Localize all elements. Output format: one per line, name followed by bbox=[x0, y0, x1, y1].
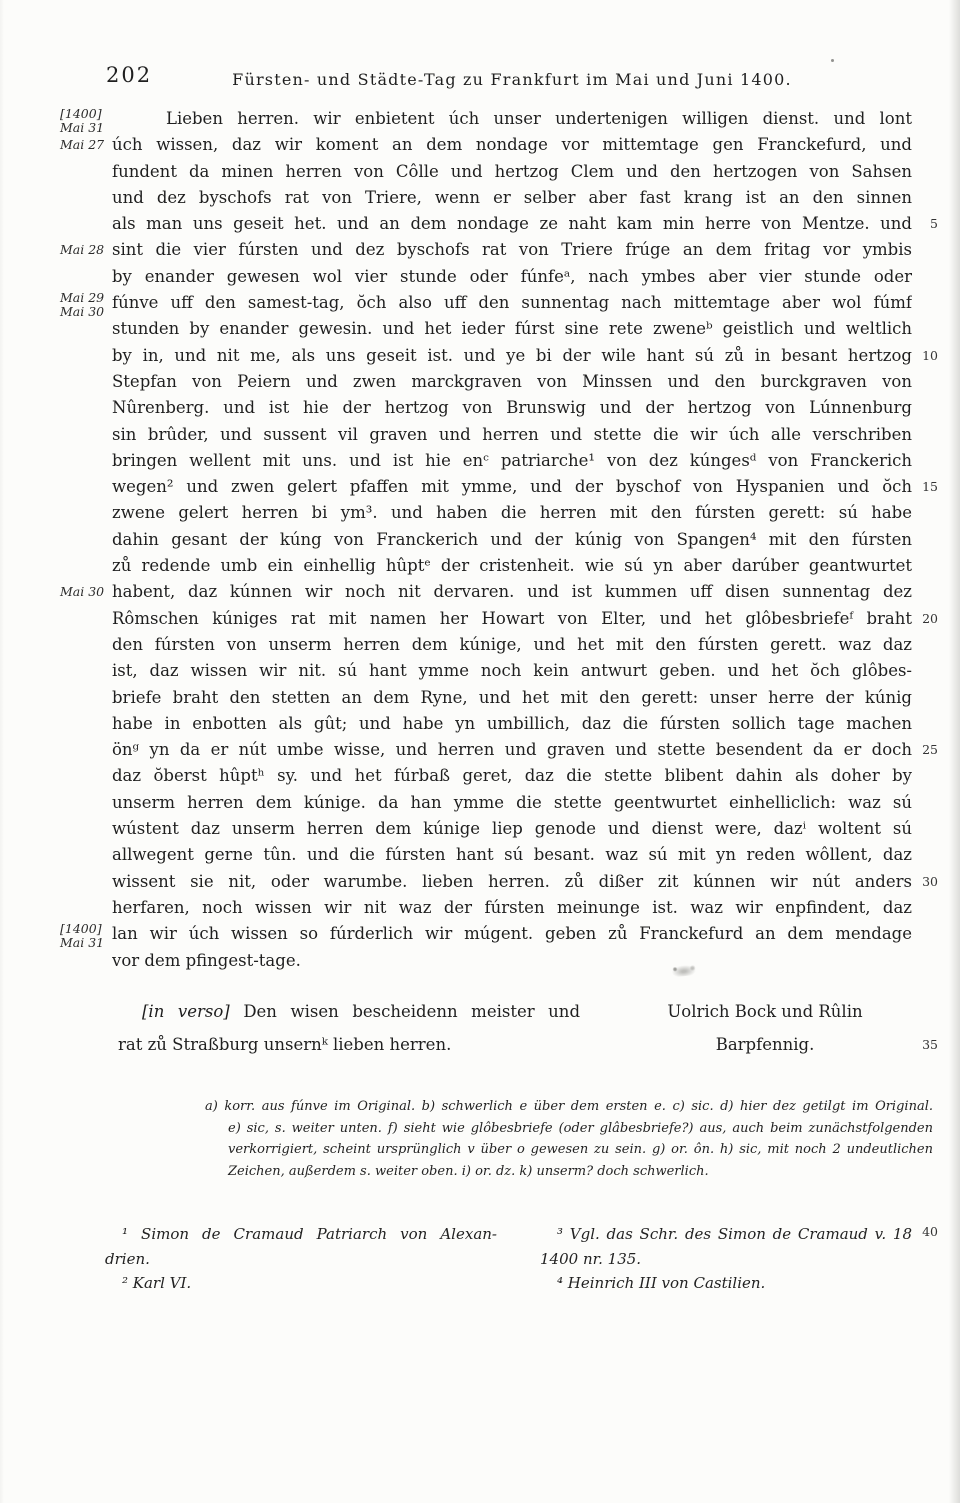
text-line: ist, daz wissen wir nit. sú hant ymme no… bbox=[0, 658, 960, 684]
line-text: lan wir úch wissen so fúrderlich wir múg… bbox=[112, 921, 912, 947]
margin-date-note: Mai 29 Mai 30 bbox=[60, 291, 104, 318]
text-line: önᵍ yn da er nút umbe wisse, und herren … bbox=[0, 737, 960, 763]
line-text: bringen wellent mit uns. und ist hie enᶜ… bbox=[112, 448, 912, 474]
text-line: bringen wellent mit uns. und ist hie enᶜ… bbox=[0, 448, 960, 474]
line-text: Lieben herren. wir enbietent úch unser u… bbox=[112, 106, 912, 132]
margin-date-note: [1400] Mai 31 bbox=[60, 107, 104, 134]
line-number: 15 bbox=[922, 474, 938, 500]
footnote-line: drien. bbox=[105, 1247, 497, 1272]
line-text: wegen² und zwen gelert pfaffen mit ymme,… bbox=[112, 474, 912, 500]
text-line: [1400] Mai 31Lieben herren. wir enbieten… bbox=[0, 106, 960, 132]
line-text: sin brûder, und sussent vil graven und h… bbox=[112, 422, 912, 448]
text-line: Rômschen kúniges rat mit namen her Howar… bbox=[0, 606, 960, 632]
footnote-line: ¹ Simon de Cramaud Patriarch von Alexan- bbox=[105, 1222, 497, 1247]
signer-line-1: Uolrich Bock und Rûlin bbox=[652, 995, 878, 1028]
text-line: habe in enbotten als gût; und habe yn um… bbox=[0, 711, 960, 737]
apparatus-line: Zeichen, außerdem s. weiter oben. i) or.… bbox=[205, 1161, 933, 1183]
line-text: vor dem pfingest-tage. bbox=[112, 948, 912, 974]
verso-signers: Uolrich Bock und Rûlin Barpfennig. bbox=[652, 995, 878, 1061]
text-line: zwene gelert herren bi ym³. und haben di… bbox=[0, 500, 960, 526]
line-number: 20 bbox=[922, 606, 938, 632]
line-text: wissent sie nit, oder warumbe. lieben he… bbox=[112, 869, 912, 895]
text-line: als man uns geseit het. und an dem nonda… bbox=[0, 211, 960, 237]
line-text: Stepfan von Peiern und zwen marckgraven … bbox=[112, 369, 912, 395]
line-text: stunden by enander gewesin. und het iede… bbox=[112, 316, 912, 342]
critical-apparatus: a) korr. aus fúnve im Original. b) schwe… bbox=[205, 1096, 933, 1183]
apparatus-line: a) korr. aus fúnve im Original. b) schwe… bbox=[205, 1096, 933, 1118]
text-line: vor dem pfingest-tage. bbox=[0, 948, 960, 974]
text-line: und dez byschofs rat von Triere, wenn er… bbox=[0, 185, 960, 211]
line-text: und dez byschofs rat von Triere, wenn er… bbox=[112, 185, 912, 211]
line-number: 30 bbox=[922, 869, 938, 895]
verso-line-2: rat zů Straßburg unsernᵏ lieben herren. bbox=[118, 1028, 580, 1061]
text-line: [1400] Mai 31lan wir úch wissen so fúrde… bbox=[0, 921, 960, 947]
apparatus-line: verkorrigiert, scheint ursprünglich v üb… bbox=[205, 1139, 933, 1161]
text-line: allwegent gerne tûn. und die fúrsten han… bbox=[0, 842, 960, 868]
text-line: unserm herren dem kúnige. da han ymme di… bbox=[0, 790, 960, 816]
text-line: by in, und nit me, als uns geseit ist. u… bbox=[0, 343, 960, 369]
line-number: 35 bbox=[922, 1028, 938, 1061]
line-text: unserm herren dem kúnige. da han ymme di… bbox=[112, 790, 912, 816]
line-text: sint die vier fúrsten und dez byschofs r… bbox=[112, 237, 912, 263]
text-line: Nûrenberg. und ist hie der hertzog von B… bbox=[0, 395, 960, 421]
text-line: Mai 29 Mai 30fúnve uff den samest-tag, ŏ… bbox=[0, 290, 960, 316]
line-text: habent, daz kúnnen wir noch nit dervaren… bbox=[112, 579, 912, 605]
line-text: úch wissen, daz wir koment an dem nondag… bbox=[112, 132, 912, 158]
scan-speck bbox=[831, 59, 834, 62]
line-text: dahin gesant der kúng von Franckerich un… bbox=[112, 527, 912, 553]
line-number: 25 bbox=[922, 737, 938, 763]
text-line: den fúrsten von unserm herren dem kúnige… bbox=[0, 632, 960, 658]
text-line: fundent da minen herren von Côlle und he… bbox=[0, 159, 960, 185]
letter-body: [1400] Mai 31Lieben herren. wir enbieten… bbox=[0, 106, 960, 974]
margin-date-note: Mai 28 bbox=[60, 237, 104, 263]
verso-address-left: [in verso] Den wisen bescheidenn meister… bbox=[118, 995, 580, 1061]
line-text: by in, und nit me, als uns geseit ist. u… bbox=[112, 343, 912, 369]
text-line: briefe braht den stetten an dem Ryne, un… bbox=[0, 685, 960, 711]
margin-date-note: Mai 27 bbox=[60, 132, 104, 158]
footnote-line: 1400 nr. 135. bbox=[540, 1247, 912, 1272]
text-line: Mai 27úch wissen, daz wir koment an dem … bbox=[0, 132, 960, 158]
footnote-column-left: ¹ Simon de Cramaud Patriarch von Alexan-… bbox=[105, 1222, 497, 1296]
in-verso-tag: [in verso] bbox=[142, 1002, 230, 1021]
book-page: 202 Fürsten- und Städte-Tag zu Frankfurt… bbox=[0, 0, 960, 1503]
line-text: zů redende umb ein einhellig hûptᵉ der c… bbox=[112, 553, 912, 579]
text-line: wissent sie nit, oder warumbe. lieben he… bbox=[0, 869, 960, 895]
footnote-column-right: ³ Vgl. das Schr. des Simon de Cramaud v.… bbox=[540, 1222, 912, 1296]
text-line: wústent daz unserm herren dem kúnige lie… bbox=[0, 816, 960, 842]
margin-date-note: Mai 30 bbox=[60, 579, 104, 605]
line-text: Rômschen kúniges rat mit namen her Howar… bbox=[112, 606, 912, 632]
text-line: Mai 28sint die vier fúrsten und dez bysc… bbox=[0, 237, 960, 263]
text-line: herfaren, noch wissen wir nit waz der fú… bbox=[0, 895, 960, 921]
verso-line-1: [in verso] Den wisen bescheidenn meister… bbox=[118, 995, 580, 1028]
line-text: den fúrsten von unserm herren dem kúnige… bbox=[112, 632, 912, 658]
signer-line-2: Barpfennig. bbox=[652, 1028, 878, 1061]
footnote-line: ⁴ Heinrich III von Castilien. bbox=[540, 1271, 912, 1296]
line-text: allwegent gerne tûn. und die fúrsten han… bbox=[112, 842, 912, 868]
line-number: 40 bbox=[922, 1224, 938, 1239]
footnote-line: ³ Vgl. das Schr. des Simon de Cramaud v.… bbox=[540, 1222, 912, 1247]
line-text: herfaren, noch wissen wir nit waz der fú… bbox=[112, 895, 912, 921]
margin-date-note: [1400] Mai 31 bbox=[60, 922, 104, 949]
apparatus-line: e) sic, s. weiter unten. f) sieht wie gl… bbox=[205, 1118, 933, 1140]
line-text: önᵍ yn da er nút umbe wisse, und herren … bbox=[112, 737, 912, 763]
line-text: daz ŏberst hûptʰ sy. und het fúrbaß gere… bbox=[112, 763, 912, 789]
line-text: Nûrenberg. und ist hie der hertzog von B… bbox=[112, 395, 912, 421]
line-text: by enander gewesen wol vier stunde oder … bbox=[112, 264, 912, 290]
line-text: wústent daz unserm herren dem kúnige lie… bbox=[112, 816, 912, 842]
line-text: fundent da minen herren von Côlle und he… bbox=[112, 159, 912, 185]
line-text: briefe braht den stetten an dem Ryne, un… bbox=[112, 685, 912, 711]
text-line: stunden by enander gewesin. und het iede… bbox=[0, 316, 960, 342]
running-title: Fürsten- und Städte-Tag zu Frankfurt im … bbox=[112, 70, 912, 89]
footnote-line: ² Karl VI. bbox=[105, 1271, 497, 1296]
text-line: Stepfan von Peiern und zwen marckgraven … bbox=[0, 369, 960, 395]
scan-smudge bbox=[671, 963, 698, 978]
text-line: daz ŏberst hûptʰ sy. und het fúrbaß gere… bbox=[0, 763, 960, 789]
line-text: ist, daz wissen wir nit. sú hant ymme no… bbox=[112, 658, 912, 684]
line-number: 5 bbox=[930, 211, 938, 237]
line-number: 10 bbox=[922, 343, 938, 369]
line-text: zwene gelert herren bi ym³. und haben di… bbox=[112, 500, 912, 526]
text-line: by enander gewesen wol vier stunde oder … bbox=[0, 264, 960, 290]
text-line: sin brûder, und sussent vil graven und h… bbox=[0, 422, 960, 448]
line-text: als man uns geseit het. und an dem nonda… bbox=[112, 211, 912, 237]
verso-line-1-text: Den wisen bescheidenn meister und bbox=[243, 1002, 580, 1021]
text-line: Mai 30habent, daz kúnnen wir noch nit de… bbox=[0, 579, 960, 605]
text-line: zů redende umb ein einhellig hûptᵉ der c… bbox=[0, 553, 960, 579]
line-text: habe in enbotten als gût; und habe yn um… bbox=[112, 711, 912, 737]
line-text: fúnve uff den samest-tag, ŏch also uff d… bbox=[112, 290, 912, 316]
text-line: dahin gesant der kúng von Franckerich un… bbox=[0, 527, 960, 553]
text-line: wegen² und zwen gelert pfaffen mit ymme,… bbox=[0, 474, 960, 500]
